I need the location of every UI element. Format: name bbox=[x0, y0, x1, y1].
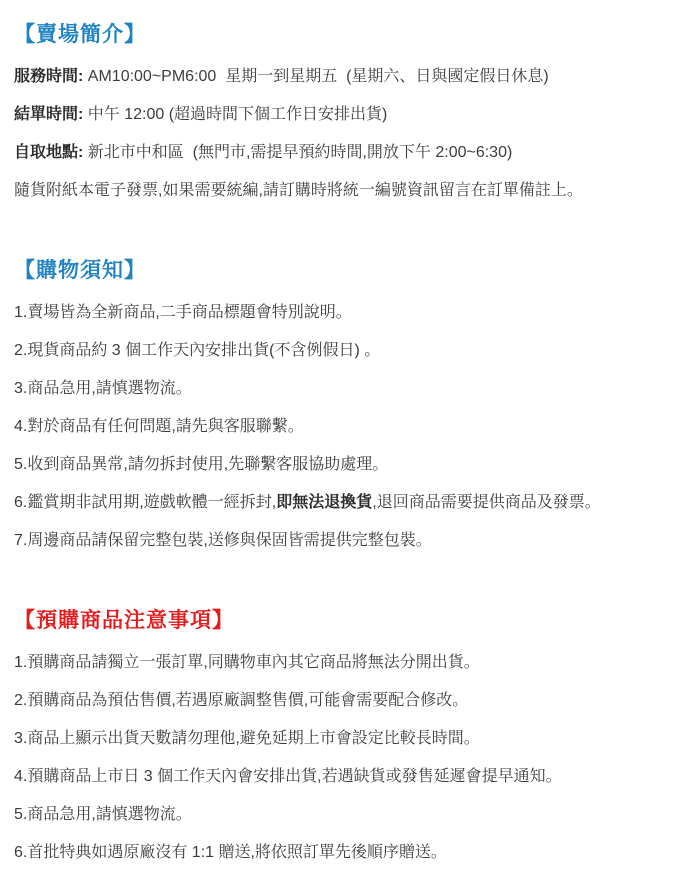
shopping-item-3: 3.商品急用,請慎選物流。 bbox=[14, 378, 686, 400]
order-cutoff-value: 中午 12:00 (超過時間下個工作日安排出貨) bbox=[83, 106, 387, 123]
order-cutoff-line: 結單時間: 中午 12:00 (超過時間下個工作日安排出貨) bbox=[14, 104, 686, 126]
shopping-item-6-post: ,退回商品需要提供商品及發票。 bbox=[372, 494, 600, 511]
pickup-location-label: 自取地點: bbox=[14, 144, 83, 161]
shopping-notes-heading: 【購物須知】 bbox=[14, 258, 686, 284]
invoice-note: 隨貨附紙本電子發票,如果需要統編,請訂購時將統一編號資訊留言在訂單備註上。 bbox=[14, 180, 686, 202]
order-cutoff-label: 結單時間: bbox=[14, 106, 83, 123]
shopping-item-2: 2.現貨商品約 3 個工作天內安排出貨(不含例假日) 。 bbox=[14, 340, 686, 362]
seller-description-page: 【賣場簡介】 服務時間: AM10:00~PM6:00 星期一到星期五 (星期六… bbox=[0, 0, 700, 864]
shopping-item-4: 4.對於商品有任何問題,請先與客服聯繫。 bbox=[14, 416, 686, 438]
shopping-item-6: 6.鑑賞期非試用期,遊戲軟體一經拆封,即無法退換貨,退回商品需要提供商品及發票。 bbox=[14, 492, 686, 514]
service-hours-value: AM10:00~PM6:00 星期一到星期五 (星期六、日與國定假日休息) bbox=[83, 68, 548, 85]
shopping-item-5: 5.收到商品異常,請勿拆封使用,先聯繫客服協助處理。 bbox=[14, 454, 686, 476]
service-hours-label: 服務時間: bbox=[14, 68, 83, 85]
shopping-item-6-pre: 6.鑑賞期非試用期,遊戲軟體一經拆封, bbox=[14, 494, 276, 511]
preorder-item-3: 3.商品上顯示出貨天數請勿理他,避免延期上市會設定比較長時間。 bbox=[14, 728, 686, 750]
preorder-item-4: 4.預購商品上市日 3 個工作天內會安排出貨,若遇缺貨或發售延遲會提早通知。 bbox=[14, 766, 686, 788]
preorder-item-5: 5.商品急用,請慎選物流。 bbox=[14, 804, 686, 826]
preorder-item-2: 2.預購商品為預估售價,若遇原廠調整售價,可能會需要配合修改。 bbox=[14, 690, 686, 712]
preorder-item-6: 6.首批特典如遇原廠沒有 1:1 贈送,將依照訂單先後順序贈送。 bbox=[14, 842, 686, 864]
store-intro-heading: 【賣場簡介】 bbox=[14, 22, 686, 48]
preorder-item-1: 1.預購商品請獨立一張訂單,同購物車內其它商品將無法分開出貨。 bbox=[14, 652, 686, 674]
no-return-emphasis: 即無法退換貨 bbox=[276, 494, 372, 511]
pickup-location-line: 自取地點: 新北市中和區 (無門市,需提早預約時間,開放下午 2:00~6:30… bbox=[14, 142, 686, 164]
shopping-item-1: 1.賣場皆為全新商品,二手商品標題會特別說明。 bbox=[14, 302, 686, 324]
shopping-item-7: 7.周邊商品請保留完整包裝,送修與保固皆需提供完整包裝。 bbox=[14, 530, 686, 552]
preorder-notes-heading: 【預購商品注意事項】 bbox=[14, 608, 686, 634]
service-hours-line: 服務時間: AM10:00~PM6:00 星期一到星期五 (星期六、日與國定假日… bbox=[14, 66, 686, 88]
pickup-location-value: 新北市中和區 (無門市,需提早預約時間,開放下午 2:00~6:30) bbox=[83, 144, 512, 161]
